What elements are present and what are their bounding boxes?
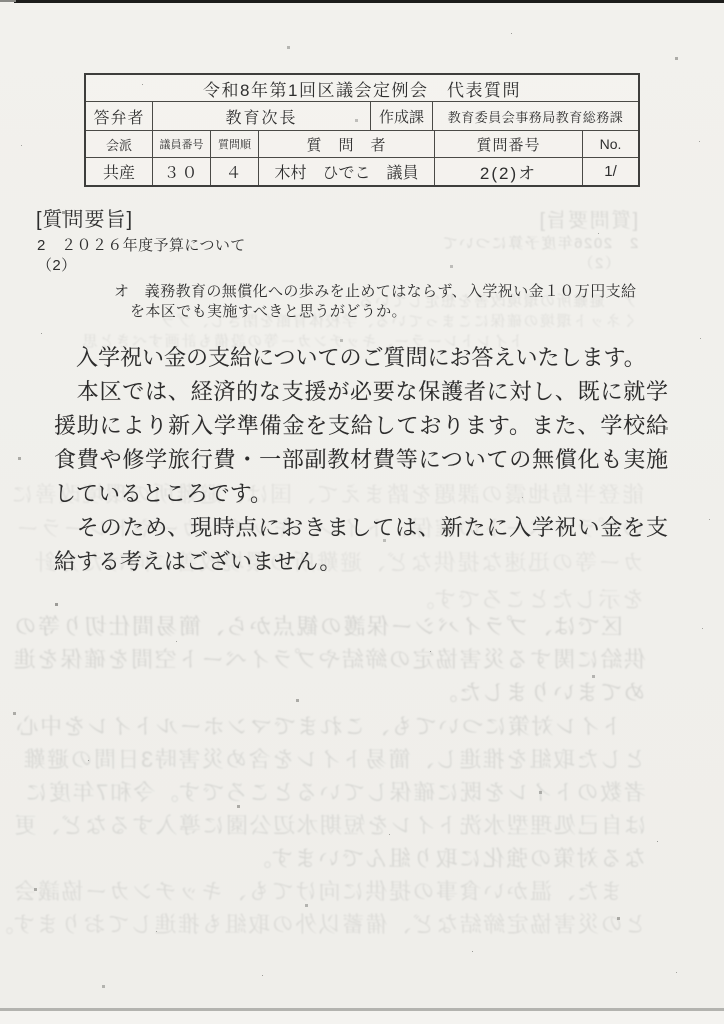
answer-line: 援助により新入学準備金を支給しております。また、学校給 xyxy=(54,409,668,443)
questioner-label: 質 問 者 xyxy=(258,131,434,157)
scan-edge-top-corner xyxy=(0,0,16,2)
table-row-values: 共産 ３０ ４ 木村 ひでこ 議員 2(2)オ 1/ xyxy=(86,157,638,185)
summary-detail-line-1: オ 義務教育の無償化への歩みを止めてはならず、入学祝い金１０万円支給 xyxy=(114,280,636,301)
answer-line: 給する考えはございません。 xyxy=(54,545,668,579)
summary-sub-item: （2） xyxy=(37,254,77,275)
question-order-label: 質問順 xyxy=(210,131,258,157)
questioner-value: 木村 ひでこ 議員 xyxy=(258,158,434,185)
bleedthrough-line: トイレ対策についても、これまでマンホールトイレを中心 xyxy=(15,710,646,741)
document-title: 令和8年第1回区議会定例会 代表質問 xyxy=(86,75,638,101)
answerer-label: 答弁者 xyxy=(86,102,152,130)
question-summary-section: [質問要旨] 2 ２０２６年度予算について （2） オ 義務教育の無償化への歩み… xyxy=(36,203,676,232)
bleedthrough-line: との災害協定締結など、備蓄以外の取組も推進しております。 xyxy=(0,908,646,939)
bleedthrough-line: （2） xyxy=(577,252,620,273)
answer-line: 本区では、経済的な支援が必要な保護者に対し、既に就学 xyxy=(54,375,668,409)
table-row-column-headers: 会派 議員番号 質問順 質 問 者 質問番号 No. xyxy=(86,130,638,157)
bleedthrough-line: とした取組を推進し、簡易トイレを含め災害時3日間の避難 xyxy=(22,743,646,774)
bleedthrough-line: 2 2026年度予算について xyxy=(441,232,638,253)
created-section-label: 作成課 xyxy=(370,102,432,130)
faction-value: 共産 xyxy=(86,158,152,185)
answerer-value: 教育次長 xyxy=(152,102,370,130)
bleedthrough-line: 者数のトイレを既に確保しているところです。令和7年度に xyxy=(24,776,646,807)
created-section-value: 教育委員会事務局教育総務課 xyxy=(432,102,638,130)
answer-line: そのため、現時点におきましては、新たに入学祝い金を支 xyxy=(54,511,668,545)
question-summary-heading: [質問要旨] xyxy=(36,203,676,232)
sheet-no-value: 1/ xyxy=(582,158,638,185)
summary-detail-line-2: を本区でも実施すべきと思うがどうか。 xyxy=(130,300,407,321)
sheet-no-label: No. xyxy=(582,131,638,157)
header-table: 令和8年第1回区議会定例会 代表質問 答弁者 教育次長 作成課 教育委員会事務局… xyxy=(84,73,640,187)
bleedthrough-line: また、温かい食事の提供に向けても、キッチンカー協議会 xyxy=(13,875,646,906)
question-no-value: 2(2)オ xyxy=(434,158,582,185)
scan-edge-bottom-margin xyxy=(0,1011,724,1024)
bleedthrough-line: 区では、プライバシー保護の観点から、簡易間仕切り等の xyxy=(13,610,646,641)
table-row-answerer: 答弁者 教育次長 作成課 教育委員会事務局教育総務課 xyxy=(86,101,638,130)
scanned-document-page: [質問要旨]2 2026年度予算について（2）ア 避難所の環境改善を想定している… xyxy=(0,0,724,1024)
bleedthrough-line: は自己処理型水洗トイレを短期水辺公園に導入するなど、更 xyxy=(13,809,646,840)
answer-body: 入学祝い金の支給についてのご質問にお答えいたします。 本区では、経済的な支援が必… xyxy=(54,341,668,579)
bleedthrough-line: を示したところです。 xyxy=(411,583,644,614)
answer-line: しているところです。 xyxy=(54,477,668,511)
member-no-value: ３０ xyxy=(152,158,210,185)
question-order-value: ４ xyxy=(210,158,258,185)
bleedthrough-line: めてまいりました。 xyxy=(434,676,646,707)
answer-line: 食費や修学旅行費・一部副教材費等についての無償化も実施 xyxy=(54,443,668,477)
answer-line: 入学祝い金の支給についてのご質問にお答えいたします。 xyxy=(54,341,668,375)
summary-item: 2 ２０２６年度予算について xyxy=(37,234,246,255)
bleedthrough-line: 供給に関する災害協定の締結やプライベート空間を確保を進 xyxy=(12,643,646,674)
question-no-label: 質問番号 xyxy=(434,131,582,157)
bleedthrough-line: なる対策の強化に取り組んでいます。 xyxy=(248,842,646,873)
scan-edge-top xyxy=(14,0,724,3)
member-no-label: 議員番号 xyxy=(152,131,210,157)
faction-label: 会派 xyxy=(86,131,152,157)
